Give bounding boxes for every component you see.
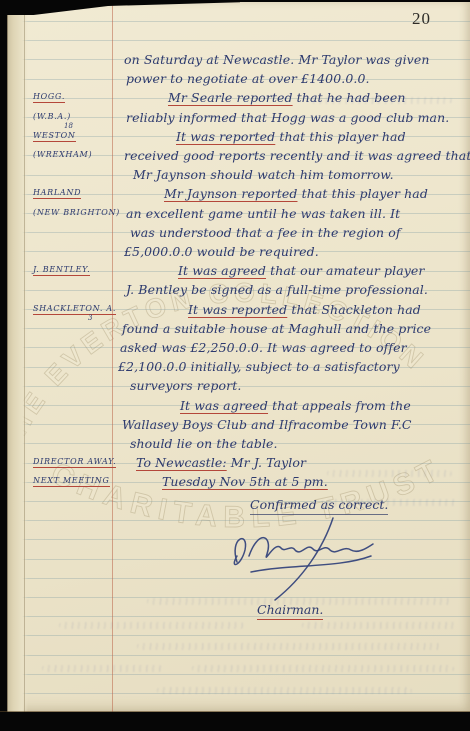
manuscript-line: DIRECTOR AWAY.To Newcastle: Mr J. Taylor [7, 455, 470, 474]
handwritten-text: was understood that a fee in the region … [130, 225, 401, 240]
manuscript-line: HOGG.Mr Searle reported that he had been [7, 90, 470, 109]
handwritten-text: To Newcastle: Mr J. Taylor [136, 455, 306, 470]
handwritten-text: received good reports recently and it wa… [124, 148, 470, 163]
margin-note: NEXT MEETING [33, 476, 110, 487]
underlined-phrase: Mr Jaynson reported [164, 186, 298, 201]
chairman-signature [215, 512, 385, 607]
manuscript-line: SHACKLETON. A.3It was reported that Shac… [7, 302, 470, 321]
underlined-phrase: Mr Searle reported [168, 90, 293, 105]
manuscript-line: on Saturday at Newcastle. Mr Taylor was … [7, 52, 470, 71]
ledger-page: THE EVERTON COLLECTION CHARITABLE TRUST … [7, 2, 470, 712]
handwritten-text: surveyors report. [130, 378, 241, 393]
manuscript-line: surveyors report. [7, 378, 470, 397]
manuscript-line: (NEW BRIGHTON)an excellent game until he… [7, 206, 470, 225]
handwritten-text: power to negotiate at over £1400.0.0. [126, 71, 370, 86]
underlined-phrase: It was reported [176, 129, 275, 144]
handwritten-text: J. Bentley be signed as a full-time prof… [126, 282, 428, 297]
chairman-label: Chairman. [257, 602, 323, 620]
manuscript-line: (WREXHAM)received good reports recently … [7, 148, 470, 167]
handwritten-text: It was agreed that appeals from the [180, 398, 411, 413]
handwritten-text: It was agreed that our amateur player [178, 263, 425, 278]
margin-note: (NEW BRIGHTON) [33, 208, 120, 217]
manuscript-line: (W.B.A.)18reliably informed that Hogg wa… [7, 110, 470, 129]
underlined-phrase: Tuesday Nov 5th at 5 pm. [162, 474, 328, 489]
margin-note: (W.B.A.) [33, 112, 71, 121]
margin-note: DIRECTOR AWAY. [33, 457, 116, 468]
manuscript-line: asked was £2,250.0.0. It was agreed to o… [7, 340, 470, 359]
underlined-phrase: It was reported [188, 302, 287, 317]
handwritten-text: Wallasey Boys Club and Ilfracombe Town F… [122, 417, 412, 432]
handwritten-text: an excellent game until he was taken ill… [126, 206, 400, 221]
scan-top-edge [0, 0, 470, 2]
manuscript-line: J. Bentley be signed as a full-time prof… [7, 282, 470, 301]
manuscript-line: found a suitable house at Maghull and th… [7, 321, 470, 340]
margin-note: HARLAND [33, 188, 81, 199]
handwritten-text: It was reported that Shackleton had [188, 302, 421, 317]
manuscript-line: power to negotiate at over £1400.0.0. [7, 71, 470, 90]
manuscript-line: It was agreed that appeals from the [7, 398, 470, 417]
manuscript-line: J. BENTLEY.It was agreed that our amateu… [7, 263, 470, 282]
handwritten-text: Tuesday Nov 5th at 5 pm. [162, 474, 328, 489]
margin-note: WESTON [33, 131, 76, 142]
handwritten-text: Mr Jaynson should watch him tomorrow. [133, 167, 394, 182]
scan-bottom-edge [0, 712, 470, 731]
manuscript-line: £5,000.0.0 would be required. [7, 244, 470, 263]
handwritten-text: £5,000.0.0 would be required. [124, 244, 319, 259]
manuscript-line: Mr Jaynson should watch him tomorrow. [7, 167, 470, 186]
manuscript-line: Wallasey Boys Club and Ilfracombe Town F… [7, 417, 470, 436]
handwritten-text: Mr Jaynson reported that this player had [164, 186, 428, 201]
handwritten-text: Mr Searle reported that he had been [168, 90, 406, 105]
handwritten-text: found a suitable house at Maghull and th… [122, 321, 431, 336]
handwritten-text: should lie on the table. [130, 436, 278, 451]
manuscript-line: £2,100.0.0 initially, subject to a satis… [7, 359, 470, 378]
handwritten-text: on Saturday at Newcastle. Mr Taylor was … [124, 52, 429, 67]
manuscript-line: HARLANDMr Jaynson reported that this pla… [7, 186, 470, 205]
scanned-minute-book-page: THE EVERTON COLLECTION CHARITABLE TRUST … [0, 0, 470, 731]
manuscript-line: NEXT MEETINGTuesday Nov 5th at 5 pm. [7, 474, 470, 493]
manuscript-line: should lie on the table. [7, 436, 470, 455]
margin-note: (WREXHAM) [33, 150, 92, 159]
underlined-phrase: It was agreed [178, 263, 266, 278]
margin-note: J. BENTLEY. [33, 265, 90, 276]
manuscript-line: WESTONIt was reported that this player h… [7, 129, 470, 148]
handwritten-text: reliably informed that Hogg was a good c… [126, 110, 449, 125]
margin-note: SHACKLETON. A. [33, 304, 116, 315]
handwritten-text: £2,100.0.0 initially, subject to a satis… [118, 359, 400, 374]
page-gutter [7, 2, 28, 712]
underlined-phrase: To Newcastle: [136, 455, 227, 470]
margin-note: HOGG. [33, 92, 65, 103]
underlined-phrase: It was agreed [180, 398, 268, 413]
handwritten-text: It was reported that this player had [176, 129, 406, 144]
manuscript-line: was understood that a fee in the region … [7, 225, 470, 244]
handwritten-text: asked was £2,250.0.0. It was agreed to o… [120, 340, 407, 355]
